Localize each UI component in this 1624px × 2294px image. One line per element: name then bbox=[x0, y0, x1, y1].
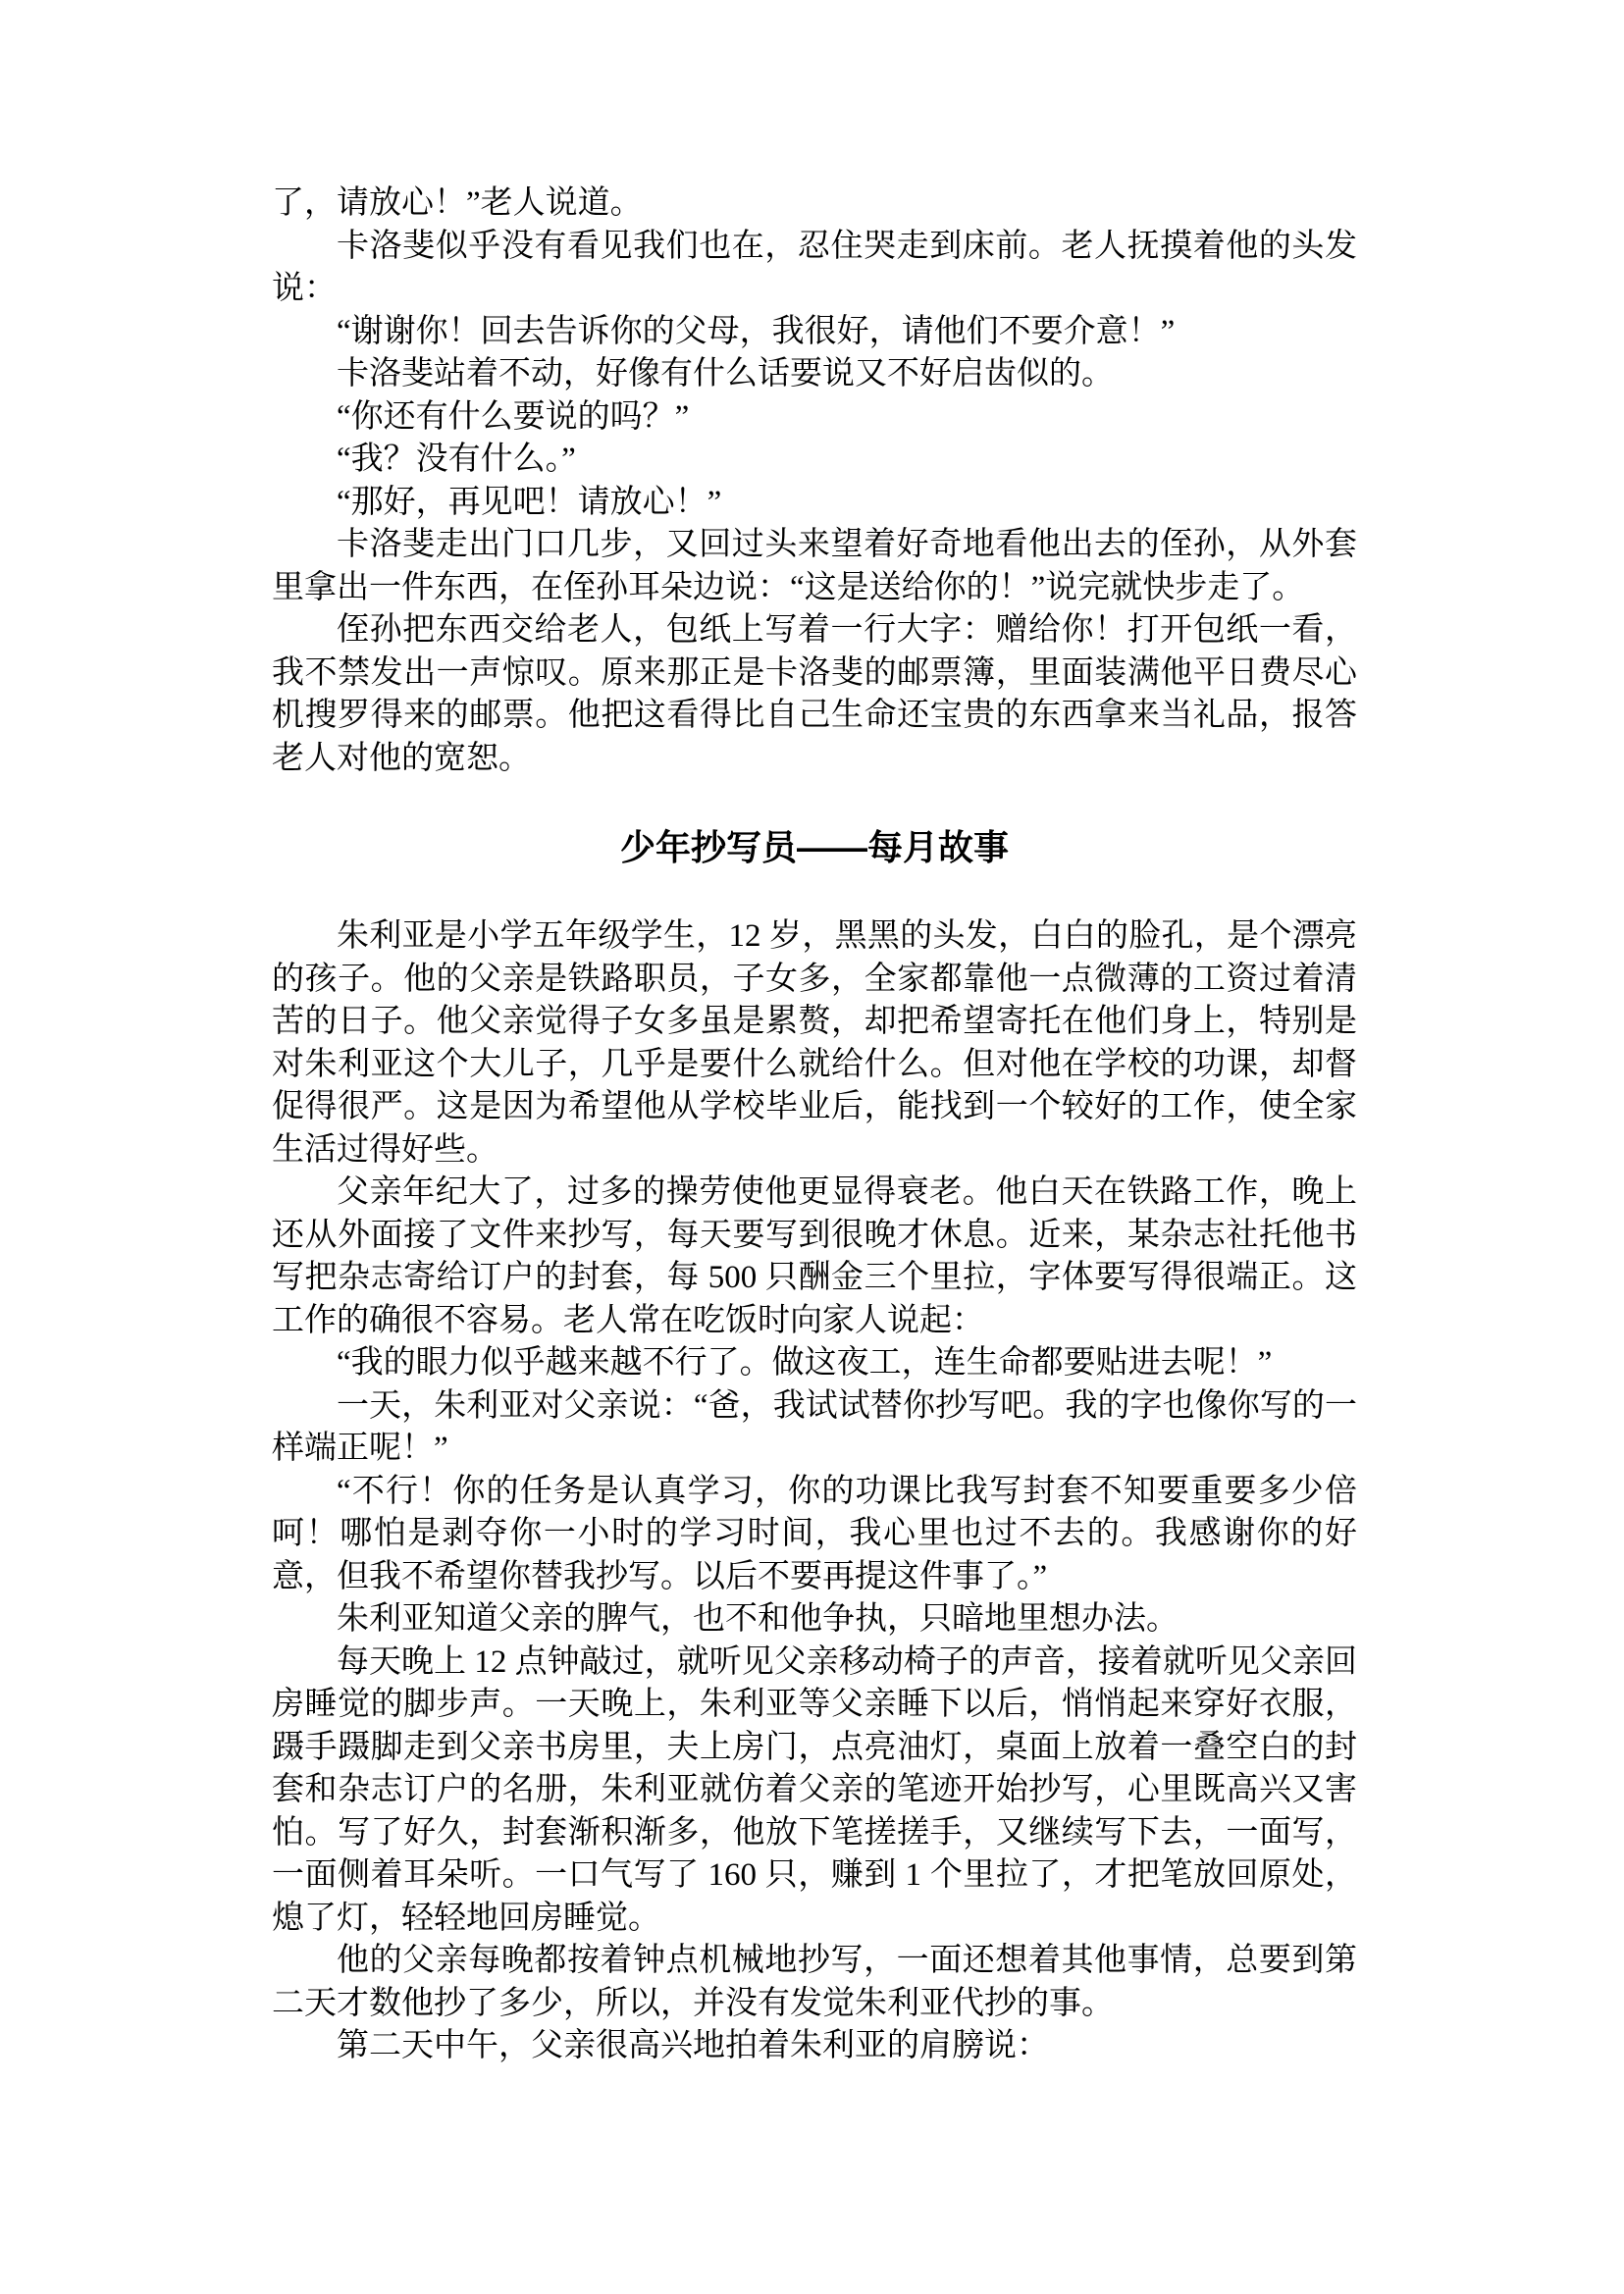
paragraph: 父亲年纪大了，过多的操劳使他更显得衰老。他白天在铁路工作，晚上还从外面接了文件来… bbox=[272, 1172, 1357, 1342]
paragraph: “你还有什么要说的吗？” bbox=[272, 396, 1357, 440]
text-content: 了，请放心！”老人说道。 卡洛斐似乎没有看见我们也在，忍住哭走到床前。老人抚摸着… bbox=[272, 182, 1357, 2068]
paragraph: 了，请放心！”老人说道。 bbox=[272, 182, 1357, 226]
paragraph: 侄孙把东西交给老人，包纸上写着一行大字：赠给你！打开包纸一看，我不禁发出一声惊叹… bbox=[272, 609, 1357, 780]
paragraph: “我的眼力似乎越来越不行了。做这夜工，连生命都要贴进去呢！” bbox=[272, 1342, 1357, 1385]
paragraph: 每天晚上 12 点钟敲过，就听见父亲移动椅子的声音，接着就听见父亲回房睡觉的脚步… bbox=[272, 1642, 1357, 1941]
paragraph: 卡洛斐走出门口几步，又回过头来望着好奇地看他出去的侄孙，从外套里拿出一件东西，在… bbox=[272, 524, 1357, 609]
paragraph: 一天，朱利亚对父亲说：“爸，我试试替你抄写吧。我的字也像你写的一样端正呢！” bbox=[272, 1385, 1357, 1471]
paragraph: 第二天中午，父亲很高兴地拍着朱利亚的肩膀说： bbox=[272, 2025, 1357, 2068]
document-page: 了，请放心！”老人说道。 卡洛斐似乎没有看见我们也在，忍住哭走到床前。老人抚摸着… bbox=[0, 0, 1624, 2294]
paragraph: 卡洛斐似乎没有看见我们也在，忍住哭走到床前。老人抚摸着他的头发说： bbox=[272, 226, 1357, 311]
paragraph: “那好，再见吧！请放心！” bbox=[272, 482, 1357, 525]
paragraph: “谢谢你！回去告诉你的父母，我很好，请他们不要介意！” bbox=[272, 311, 1357, 354]
paragraph: “我？没有什么。” bbox=[272, 439, 1357, 482]
paragraph: 他的父亲每晚都按着钟点机械地抄写，一面还想着其他事情，总要到第二天才数他抄了多少… bbox=[272, 1940, 1357, 2025]
paragraph: “不行！你的任务是认真学习，你的功课比我写封套不知要重要多少倍呵！哪怕是剥夺你一… bbox=[272, 1471, 1357, 1599]
paragraph: 朱利亚知道父亲的脾气，也不和他争执，只暗地里想办法。 bbox=[272, 1598, 1357, 1642]
paragraph: 朱利亚是小学五年级学生，12 岁，黑黑的头发，白白的脸孔，是个漂亮的孩子。他的父… bbox=[272, 915, 1357, 1172]
paragraph: 卡洛斐站着不动，好像有什么话要说又不好启齿似的。 bbox=[272, 353, 1357, 396]
story-heading: 少年抄写员——每月故事 bbox=[272, 824, 1357, 871]
